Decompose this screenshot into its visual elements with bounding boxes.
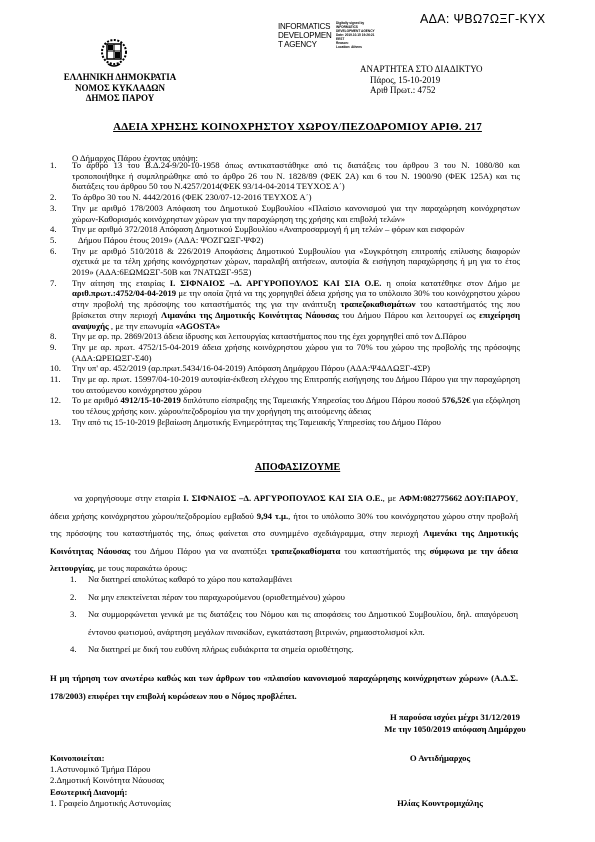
item-text: Την με αριθμό 510/2018 & 226/2019 Αποφάσ… bbox=[72, 246, 520, 277]
notify-item: 1.Αστυνομικό Τμήμα Πάρου bbox=[50, 764, 171, 775]
item-text-bold: τραπεζοκαθισμάτων bbox=[341, 299, 416, 309]
area-value: 9,94 τ.μ. bbox=[257, 511, 288, 521]
term-item: 1.Να διατηρεί απολύτως καθαρό το χώρο πο… bbox=[50, 571, 518, 589]
list-item: 1.Το άρθρο 13 του Β.Δ.24-9/20-10-1958 όπ… bbox=[50, 160, 520, 192]
fee-amount: 576,52€ bbox=[442, 395, 470, 405]
distribution-list: Κοινοποιείται: 1.Αστυνομικό Τμήμα Πάρου … bbox=[50, 753, 171, 809]
notify-heading: Κοινοποιείται: bbox=[50, 753, 171, 764]
notify-item: 2.Δημοτική Κοινότητα Νάουσας bbox=[50, 775, 171, 786]
list-item: 11.Την με αρ. πρωτ. 15997/04-10-2019 αυτ… bbox=[50, 374, 520, 395]
brand-name: «AGOSTA» bbox=[176, 321, 221, 331]
term-text: Να συμμορφώνεται γενικά με τις διατάξεις… bbox=[88, 609, 518, 637]
list-item: 13.Την από τις 15-10-2019 βεβαίωση Δημοτ… bbox=[50, 417, 520, 428]
item-number: 11. bbox=[50, 374, 61, 385]
signature-detail-line: Location: Athens bbox=[336, 45, 375, 49]
item-text: Την με αρ. πρωτ. 4752/15-04-2019 άδεια χ… bbox=[72, 342, 520, 363]
validity-note: Η παρούσα ισχύει μέχρι 31/12/2019 Με την… bbox=[370, 712, 540, 735]
item-text: διπλότυπο είσπραξης της Ταμειακής Υπηρεσ… bbox=[181, 395, 442, 405]
item-number: 2. bbox=[50, 192, 57, 203]
protocol-number: Αριθ Πρωτ.: 4752 bbox=[360, 85, 482, 96]
term-text: Να μην επεκτείνεται πέραν του παραχωρούμ… bbox=[88, 592, 345, 602]
stamp-line: DEVELOPMEN bbox=[278, 31, 332, 40]
term-item: 3.Να συμμορφώνεται γενικά με τις διατάξε… bbox=[50, 606, 518, 641]
validity-line: Η παρούσα ισχύει μέχρι 31/12/2019 bbox=[370, 712, 540, 724]
item-text: Το άρθρο 13 του Β.Δ.24-9/20-10-1958 όπως… bbox=[72, 160, 520, 191]
grant-text: να χορηγήσουμε στην εταιρία bbox=[74, 493, 183, 503]
term-item: 4.Να διατηρεί με δική του ευθύνη πλήρως … bbox=[50, 641, 518, 659]
item-number: 10. bbox=[50, 363, 61, 374]
item-text: Την με αριθμό 178/2003 Απόφαση του Δημοτ… bbox=[72, 203, 520, 224]
digital-signature-details: Digitally signed by INFORMATICS DEVELOPM… bbox=[336, 21, 375, 49]
terms-list: 1.Να διατηρεί απολύτως καθαρό το χώρο πο… bbox=[50, 571, 518, 659]
term-number: 3. bbox=[70, 606, 77, 624]
document-title: ΑΔΕΙΑ ΧΡΗΣΗΣ ΚΟΙΝΟΧΡΗΣΤΟΥ ΧΩΡΟΥ/ΠΕΖΟΔΡΟΜ… bbox=[0, 121, 595, 133]
list-item: 2.Το άρθρο 30 του Ν. 4442/2016 (ΦΕΚ 230/… bbox=[50, 192, 520, 203]
application-reference: αριθ.πρωτ.:4752/04-04-2019 bbox=[72, 288, 176, 298]
list-item: 3.Την με αριθμό 178/2003 Απόφαση του Δημ… bbox=[50, 203, 520, 224]
item-text: Το με αριθμό bbox=[72, 395, 121, 405]
tax-id: ΑΦΜ:082775662 ΔΟΥ:ΠΑΡΟΥ bbox=[399, 493, 516, 503]
decision-heading: ΑΠΟΦΑΣΙΖΟΥΜΕ bbox=[0, 462, 595, 473]
grant-text: του καταστήματός της bbox=[340, 546, 429, 556]
list-item: 7.Την αίτηση της εταιρίας Ι. ΣΙΦΝΑΙΟΣ –Δ… bbox=[50, 278, 520, 332]
item-number: 4. bbox=[50, 224, 57, 235]
list-item: 10.Την υπ' αρ. 452/2019 (αρ.πρωτ.5434/16… bbox=[50, 363, 520, 374]
item-number: 5. bbox=[50, 235, 57, 246]
digital-signature-stamp: INFORMATICS DEVELOPMEN T AGENCY bbox=[278, 22, 332, 49]
term-text: Να διατηρεί απολύτως καθαρό το χώρο που … bbox=[88, 574, 292, 584]
term-number: 1. bbox=[70, 571, 77, 589]
term-number: 2. bbox=[70, 589, 77, 607]
item-text: Την από τις 15-10-2019 βεβαίωση Δημοτική… bbox=[72, 417, 441, 427]
signer-title: Ο Αντιδήμαρχος bbox=[385, 753, 495, 763]
item-text: , με την επωνυμία bbox=[109, 321, 176, 331]
stamp-line: INFORMATICS bbox=[278, 22, 332, 31]
receipt-number: 4912/15-10-2019 bbox=[121, 395, 181, 405]
item-number: 9. bbox=[50, 342, 57, 353]
item-text: Την υπ' αρ. 452/2019 (αρ.πρωτ.5434/16-04… bbox=[72, 363, 430, 373]
republic-name: ΕΛΛΗΝΙΚΗ ΔΗΜΟΚΡΑΤΙΑ bbox=[40, 72, 200, 83]
term-text: Να διατηρεί με δική του ευθύνη πλήρως ευ… bbox=[88, 644, 354, 654]
list-item: 4.Την με αριθμό 372/2018 Απόφαση Δημοτικ… bbox=[50, 224, 520, 235]
grant-text-bold: τραπεζοκαθίσματα bbox=[271, 546, 341, 556]
list-item: 12.Το με αριθμό 4912/15-10-2019 διπλότυπ… bbox=[50, 395, 520, 416]
list-item: 9.Την με αρ. πρωτ. 4752/15-04-2019 άδεια… bbox=[50, 342, 520, 363]
item-text: Δήμου Πάρου έτους 2019» (ΑΔΑ: ΨΟΖΓΩΞΓ-ΨΦ… bbox=[72, 235, 263, 245]
grant-paragraph: να χορηγήσουμε στην εταιρία Ι. ΣΙΦΝΑΙΟΣ … bbox=[50, 490, 518, 578]
municipality-name: ΔΗΜΟΣ ΠΑΡΟΥ bbox=[40, 93, 200, 104]
item-number: 3. bbox=[50, 203, 57, 214]
item-text: Την αίτηση της εταιρίας bbox=[72, 278, 170, 288]
item-number: 6. bbox=[50, 246, 57, 257]
grant-text: , με bbox=[383, 493, 399, 503]
item-number: 8. bbox=[50, 331, 57, 342]
item-number: 7. bbox=[50, 278, 57, 289]
internal-distribution-heading: Εσωτερική Διανομή: bbox=[50, 787, 171, 798]
list-item: 5.Δήμου Πάρου έτους 2019» (ΑΔΑ: ΨΟΖΓΩΞΓ-… bbox=[50, 235, 520, 246]
item-text: Την με αρ. πρ. 2869/2013 άδεια ίδρυσης κ… bbox=[72, 331, 466, 341]
stamp-line: T AGENCY bbox=[278, 40, 332, 49]
document-meta: ΑΝΑΡΤΗΤΕΑ ΣΤΟ ΔΙΑΔΙΚΤΥΟ Πάρος, 15-10-201… bbox=[360, 64, 482, 96]
company-name: Ι. ΣΙΦΝΑΙΟΣ –Δ. ΑΡΓΥΡΟΠΟΥΛΟΣ ΚΑΙ ΣΙΑ Ο.Ε… bbox=[183, 493, 383, 503]
place-date: Πάρος, 15-10-2019 bbox=[360, 75, 482, 86]
considerations-list: 1.Το άρθρο 13 του Β.Δ.24-9/20-10-1958 όπ… bbox=[50, 160, 520, 428]
item-text: του Δήμου Πάρου και λειτουργεί ως bbox=[339, 310, 480, 320]
company-name: Ι. ΣΙΦΝΑΙΟΣ –Δ. ΑΡΓΥΡΟΠΟΥΛΟΣ ΚΑΙ ΣΙΑ Ο.Ε… bbox=[170, 278, 382, 288]
prefecture-name: ΝΟΜΟΣ ΚΥΚΛΑΔΩΝ bbox=[40, 83, 200, 94]
list-item: 6.Την με αριθμό 510/2018 & 226/2019 Αποφ… bbox=[50, 246, 520, 278]
signer-name: Ηλίας Κουντρομιχάλης bbox=[370, 798, 510, 808]
item-number: 13. bbox=[50, 417, 61, 428]
item-text: η οποία κατατέθηκε στον Δήμο με bbox=[381, 278, 520, 288]
item-text: Την με αριθμό 372/2018 Απόφαση Δημοτικού… bbox=[72, 224, 464, 234]
penalty-clause: Η μη τήρηση των ανωτέρω καθώς και των άρ… bbox=[50, 670, 518, 705]
greek-coat-of-arms-icon bbox=[100, 38, 128, 68]
ada-code: ΑΔΑ: ΨΒΩ7ΩΞΓ-ΚΥΧ bbox=[420, 12, 545, 26]
list-item: 8.Την με αρ. πρ. 2869/2013 άδεια ίδρυσης… bbox=[50, 331, 520, 342]
validity-line: Με την 1050/2019 απόφαση Δημάρχου bbox=[370, 724, 540, 736]
term-number: 4. bbox=[70, 641, 77, 659]
grant-text: του Δήμου Πάρου για να αναπτύξει bbox=[130, 546, 270, 556]
item-number: 1. bbox=[50, 160, 57, 171]
term-item: 2.Να μην επεκτείνεται πέραν του παραχωρο… bbox=[50, 589, 518, 607]
item-text: Το άρθρο 30 του Ν. 4442/2016 (ΦΕΚ 230/07… bbox=[72, 192, 311, 202]
posting-note: ΑΝΑΡΤΗΤΕΑ ΣΤΟ ΔΙΑΔΙΚΤΥΟ bbox=[360, 64, 482, 75]
issuing-authority: ΕΛΛΗΝΙΚΗ ΔΗΜΟΚΡΑΤΙΑ ΝΟΜΟΣ ΚΥΚΛΑΔΩΝ ΔΗΜΟΣ… bbox=[40, 72, 200, 104]
internal-distribution-item: 1. Γραφείο Δημοτικής Αστυνομίας bbox=[50, 798, 171, 809]
item-number: 12. bbox=[50, 395, 61, 406]
item-text: Την με αρ. πρωτ. 15997/04-10-2019 αυτοψί… bbox=[72, 374, 520, 395]
area-name: Λιμανάκι της Δημοτικής Κοινότητας Νάουσα… bbox=[161, 310, 339, 320]
